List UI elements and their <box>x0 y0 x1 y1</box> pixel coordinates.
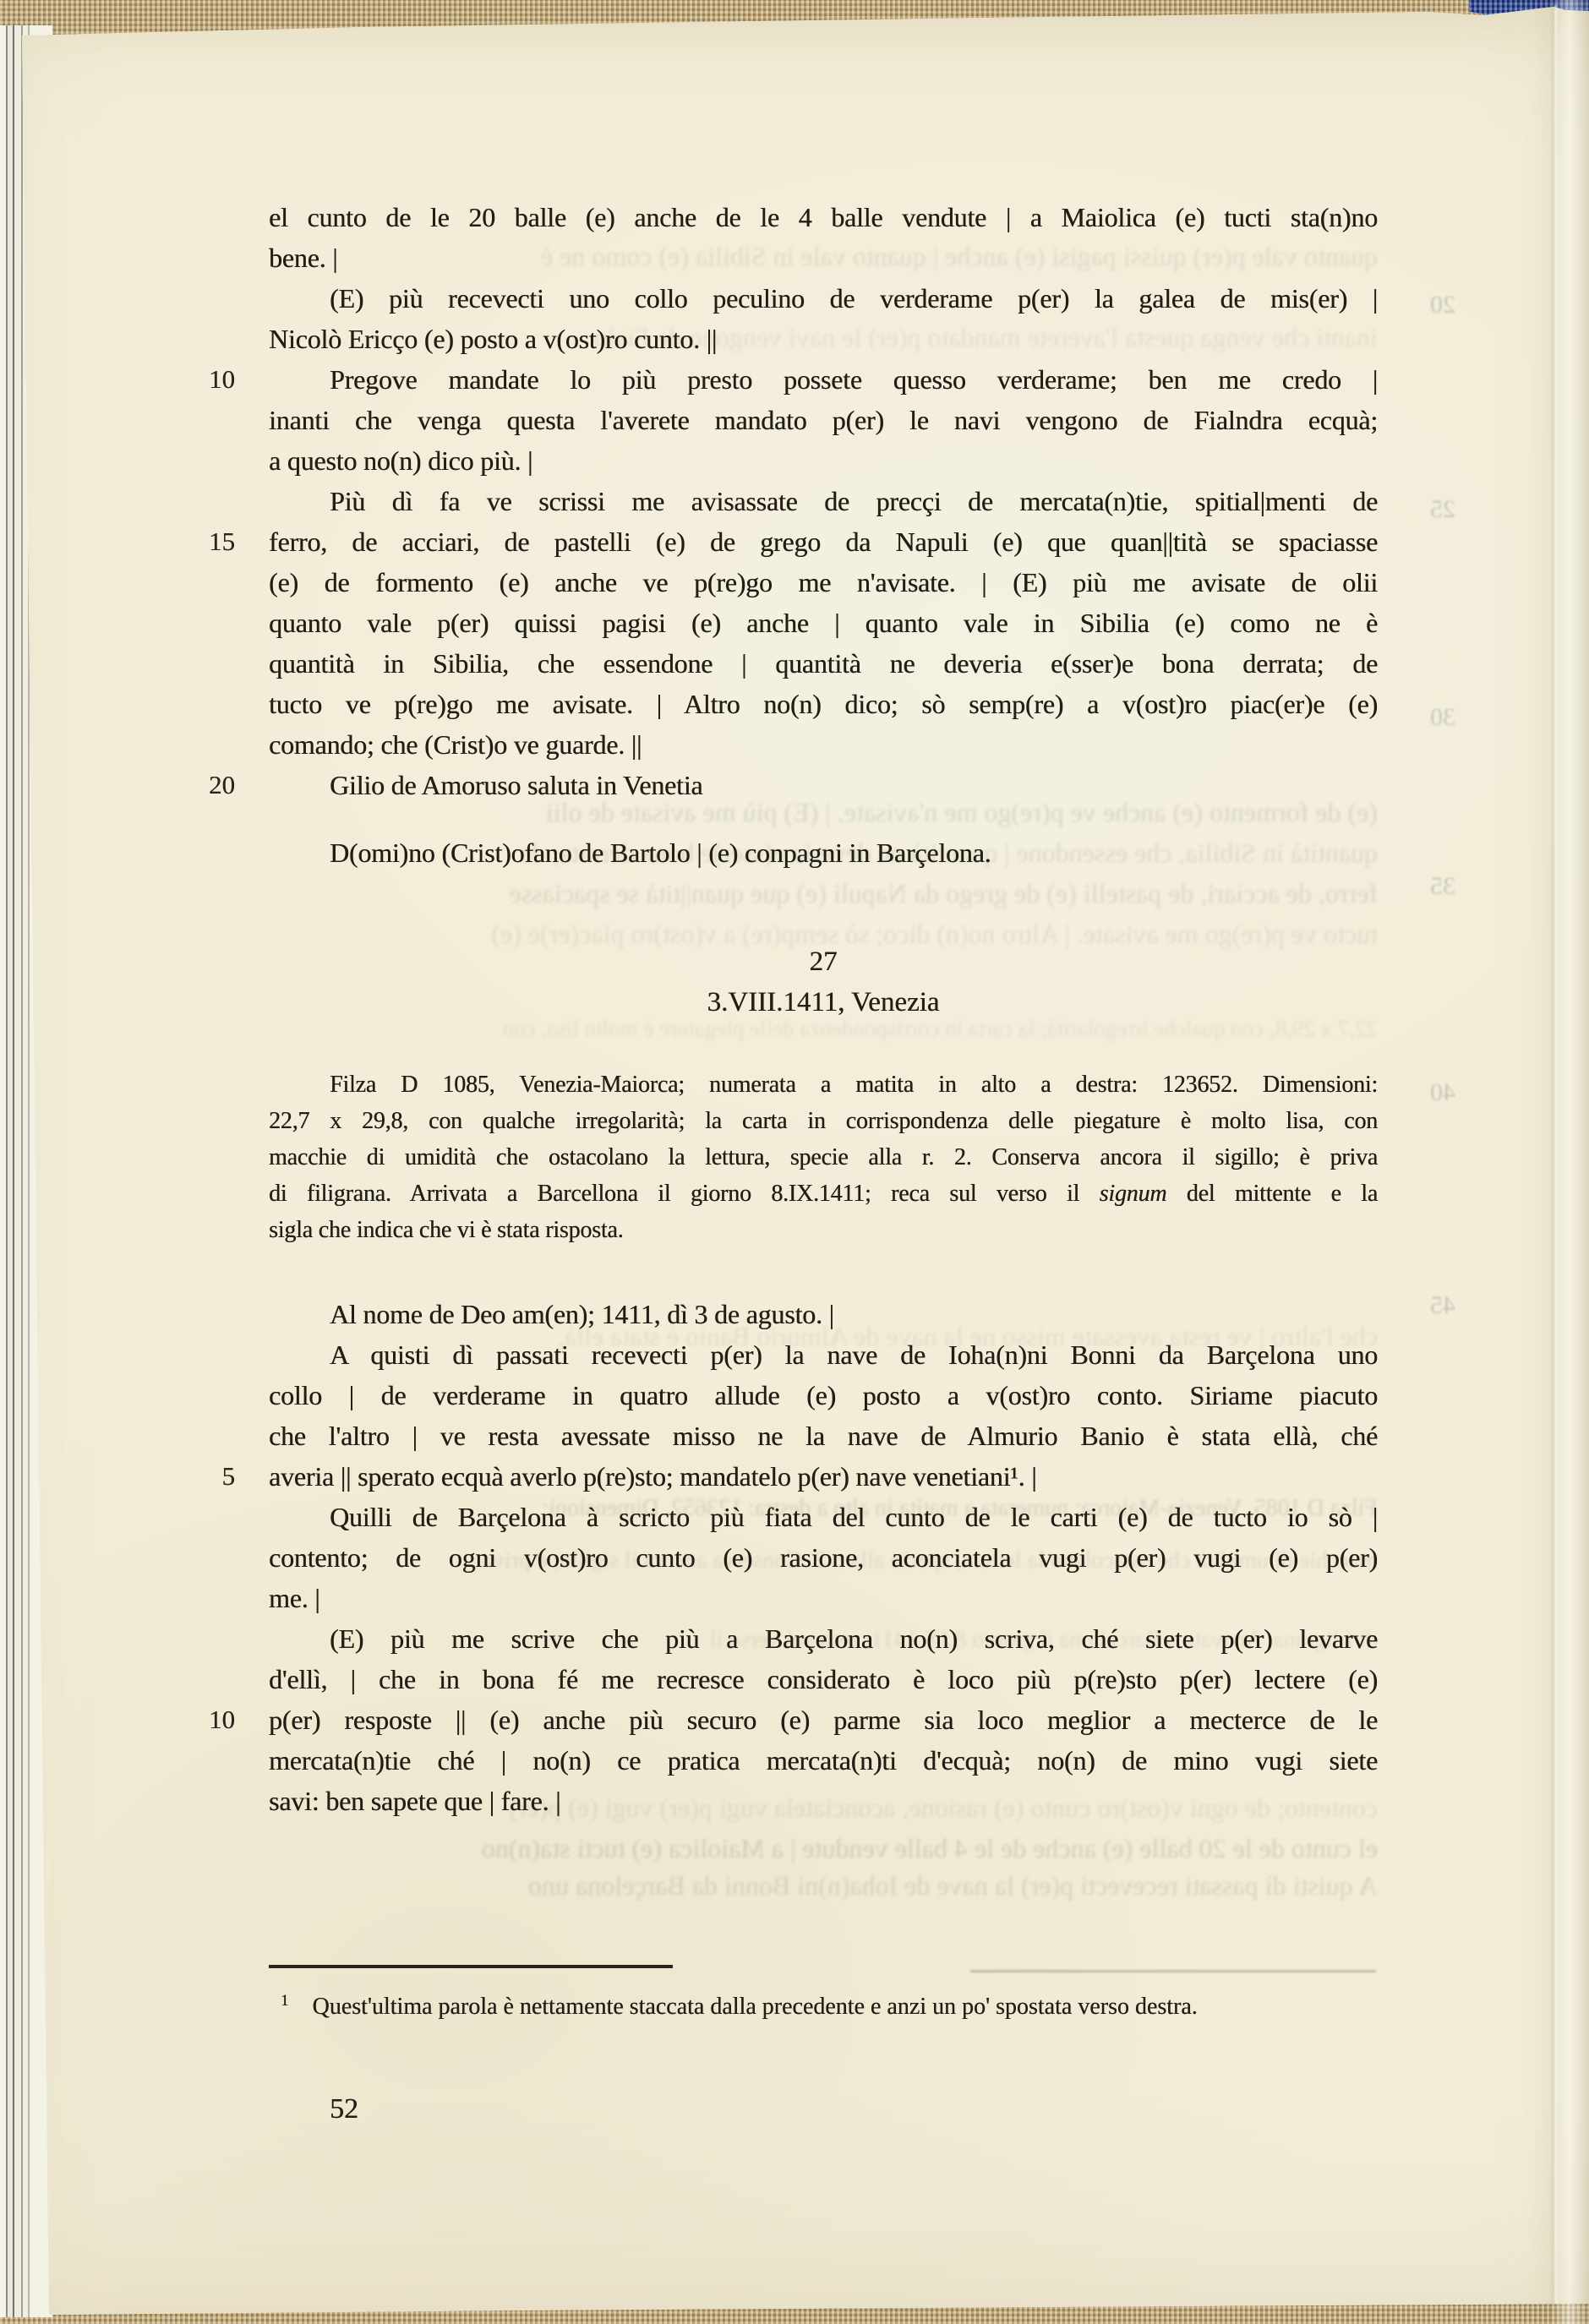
text-line: Al nome de Deo am(en); 1411, dì 3 de agu… <box>269 1294 1378 1334</box>
bleedthrough-line: A quisti dì passati recevecti p(er) la n… <box>269 1868 1378 1903</box>
line-text: savi: ben sapete que | fare. | <box>269 1781 1378 1821</box>
bleedthrough-margin-number: 25 <box>1418 495 1455 524</box>
bleedthrough-line: ferro, de acciari, de pastelli (e) de gr… <box>269 876 1378 911</box>
line-text: d'ellì, | che in bona fé me recresce con… <box>269 1659 1378 1699</box>
line-text: Nicolò Ericço (e) posto a v(ost)ro cunto… <box>269 319 1378 359</box>
footnote-separator <box>269 1965 673 1968</box>
page-content: inanti che venga questa l'averete mandat… <box>0 0 1589 2324</box>
footnote: 1Quest'ultima parola è nettamente stacca… <box>269 1988 1378 2026</box>
text-line: comando; che (Crist)o ve guarde. || <box>269 724 1378 765</box>
text-line: 10p(er) resposte || (e) anche più securo… <box>269 1699 1378 1740</box>
bleedthrough-margin-number: 40 <box>1418 1078 1455 1107</box>
margin-line-number: 15 <box>174 521 235 562</box>
bleedthrough-separator <box>970 1970 1376 1972</box>
text-line: tucto ve p(re)go me avisate. | Altro no(… <box>269 684 1378 724</box>
bleedthrough-margin-number: 30 <box>1418 703 1455 732</box>
line-text: tucto ve p(re)go me avisate. | Altro no(… <box>269 684 1378 724</box>
text-line: Filza D 1085, Venezia-Maiorca; numerata … <box>269 1067 1378 1103</box>
text-line: (E) più recevecti uno collo peculino de … <box>269 278 1378 319</box>
line-text: di filigrana. Arrivata a Barcellona il g… <box>269 1176 1378 1212</box>
letter-27-body: Al nome de Deo am(en); 1411, dì 3 de agu… <box>269 1294 1378 1821</box>
letter-26-address: D(omi)no (Crist)ofano de Bartolo | (e) c… <box>269 832 1378 873</box>
line-text: macchie di umidità che ostacolano la let… <box>269 1139 1378 1176</box>
margin-line-number: 5 <box>174 1456 235 1497</box>
text-line: savi: ben sapete que | fare. | <box>269 1781 1378 1821</box>
text-line: sigla che indica che vi è stata risposta… <box>269 1212 1378 1248</box>
text-line: (E) più me scrive che più a Barçelona no… <box>269 1618 1378 1659</box>
line-text: p(er) resposte || (e) anche più securo (… <box>269 1699 1378 1740</box>
footnote-marker: 1 <box>281 1992 289 2010</box>
text-line: collo | de verderame in quatro allude (e… <box>269 1375 1378 1416</box>
text-line: contento; de ogni v(ost)ro cunto (e) ras… <box>269 1537 1378 1578</box>
page-number: 52 <box>330 2089 358 2130</box>
text-line: 20Gilio de Amoruso saluta in Venetia <box>269 765 1378 805</box>
letter-27-heading: 27 3.VIII.1411, Venezia <box>269 941 1378 1023</box>
line-text: comando; che (Crist)o ve guarde. || <box>269 724 1378 765</box>
book-scan-page: { "page": { "number": "52", "paper_color… <box>0 0 1589 2324</box>
line-text: (E) più recevecti uno collo peculino de … <box>269 278 1378 319</box>
line-text: mercata(n)tie ché | no(n) ce pratica mer… <box>269 1740 1378 1781</box>
line-text: averia || sperato ecquà averlo p(re)sto;… <box>269 1456 1378 1497</box>
line-text: A quisti dì passati recevecti p(er) la n… <box>269 1334 1378 1375</box>
letter-dateline: 3.VIII.1411, Venezia <box>269 982 1378 1023</box>
text-line: 5averia || sperato ecquà averlo p(re)sto… <box>269 1456 1378 1497</box>
text-line: (e) de formento (e) anche ve p(re)go me … <box>269 562 1378 603</box>
line-text: ferro, de acciari, de pastelli (e) de gr… <box>269 521 1378 562</box>
text-line: 15ferro, de acciari, de pastelli (e) de … <box>269 521 1378 562</box>
line-text: sigla che indica che vi è stata risposta… <box>269 1212 1378 1248</box>
text-line: bene. | <box>269 237 1378 278</box>
bleedthrough-margin-number: 45 <box>1418 1291 1455 1320</box>
text-line: mercata(n)tie ché | no(n) ce pratica mer… <box>269 1740 1378 1781</box>
text-line: quanto vale p(er) quissi pagisi (e) anch… <box>269 603 1378 643</box>
line-text: collo | de verderame in quatro allude (e… <box>269 1375 1378 1416</box>
text-line: A quisti dì passati recevecti p(er) la n… <box>269 1334 1378 1375</box>
bleedthrough-margin-number: 20 <box>1418 291 1455 319</box>
text-line: a questo no(n) dico più. | <box>269 440 1378 481</box>
line-text: bene. | <box>269 237 1378 278</box>
bleedthrough-line: el cunto de le 20 balle (e) anche de le … <box>269 1830 1378 1866</box>
margin-line-number: 10 <box>174 359 235 400</box>
text-line: D(omi)no (Crist)ofano de Bartolo | (e) c… <box>269 832 1378 873</box>
line-text: inanti che venga questa l'averete mandat… <box>269 400 1378 440</box>
line-text: Gilio de Amoruso saluta in Venetia <box>269 765 1378 805</box>
line-text: (E) più me scrive che più a Barçelona no… <box>269 1618 1378 1659</box>
text-line: 10Pregove mandate lo più presto possete … <box>269 359 1378 400</box>
letter-number: 27 <box>269 941 1378 982</box>
text-line: Nicolò Ericço (e) posto a v(ost)ro cunto… <box>269 319 1378 359</box>
line-text: Filza D 1085, Venezia-Maiorca; numerata … <box>269 1067 1378 1103</box>
line-text: Pregove mandate lo più presto possete qu… <box>269 359 1378 400</box>
margin-line-number: 10 <box>174 1699 235 1740</box>
text-line: 22,7 x 29,8, con qualche irregolarità; l… <box>269 1103 1378 1139</box>
line-text: Più dì fa ve scrissi me avisassate de pr… <box>269 481 1378 521</box>
footnote-text: Quest'ultima parola è nettamente staccat… <box>313 1994 1198 2020</box>
text-line: Quilli de Barçelona à scricto più fiata … <box>269 1497 1378 1537</box>
text-line: el cunto de le 20 balle (e) anche de le … <box>269 197 1378 237</box>
line-text: D(omi)no (Crist)ofano de Bartolo | (e) c… <box>269 832 1378 873</box>
text-line: di filigrana. Arrivata a Barcellona il g… <box>269 1176 1378 1212</box>
text-line: me. | <box>269 1578 1378 1618</box>
line-text: che l'altro | ve resta avessate misso ne… <box>269 1416 1378 1456</box>
line-text: contento; de ogni v(ost)ro cunto (e) ras… <box>269 1537 1378 1578</box>
line-text: 22,7 x 29,8, con qualche irregolarità; l… <box>269 1103 1378 1139</box>
line-text: a questo no(n) dico più. | <box>269 440 1378 481</box>
text-line: quantità in Sibilia, che essendone | qua… <box>269 643 1378 684</box>
line-text: quanto vale p(er) quissi pagisi (e) anch… <box>269 603 1378 643</box>
text-line: Più dì fa ve scrissi me avisassate de pr… <box>269 481 1378 521</box>
line-text: Al nome de Deo am(en); 1411, dì 3 de agu… <box>269 1294 1378 1334</box>
margin-line-number: 20 <box>174 765 235 805</box>
text-line: d'ellì, | che in bona fé me recresce con… <box>269 1659 1378 1699</box>
bleedthrough-margin-number: 35 <box>1418 872 1455 901</box>
letter-27-description: Filza D 1085, Venezia-Maiorca; numerata … <box>269 1067 1378 1248</box>
letter-26-body: el cunto de le 20 balle (e) anche de le … <box>269 197 1378 805</box>
text-line: inanti che venga questa l'averete mandat… <box>269 400 1378 440</box>
line-text: quantità in Sibilia, che essendone | qua… <box>269 643 1378 684</box>
line-text: Quilli de Barçelona à scricto più fiata … <box>269 1497 1378 1537</box>
line-text: me. | <box>269 1578 1378 1618</box>
text-line: macchie di umidità che ostacolano la let… <box>269 1139 1378 1176</box>
line-text: el cunto de le 20 balle (e) anche de le … <box>269 197 1378 237</box>
text-line: che l'altro | ve resta avessate misso ne… <box>269 1416 1378 1456</box>
line-text: (e) de formento (e) anche ve p(re)go me … <box>269 562 1378 603</box>
